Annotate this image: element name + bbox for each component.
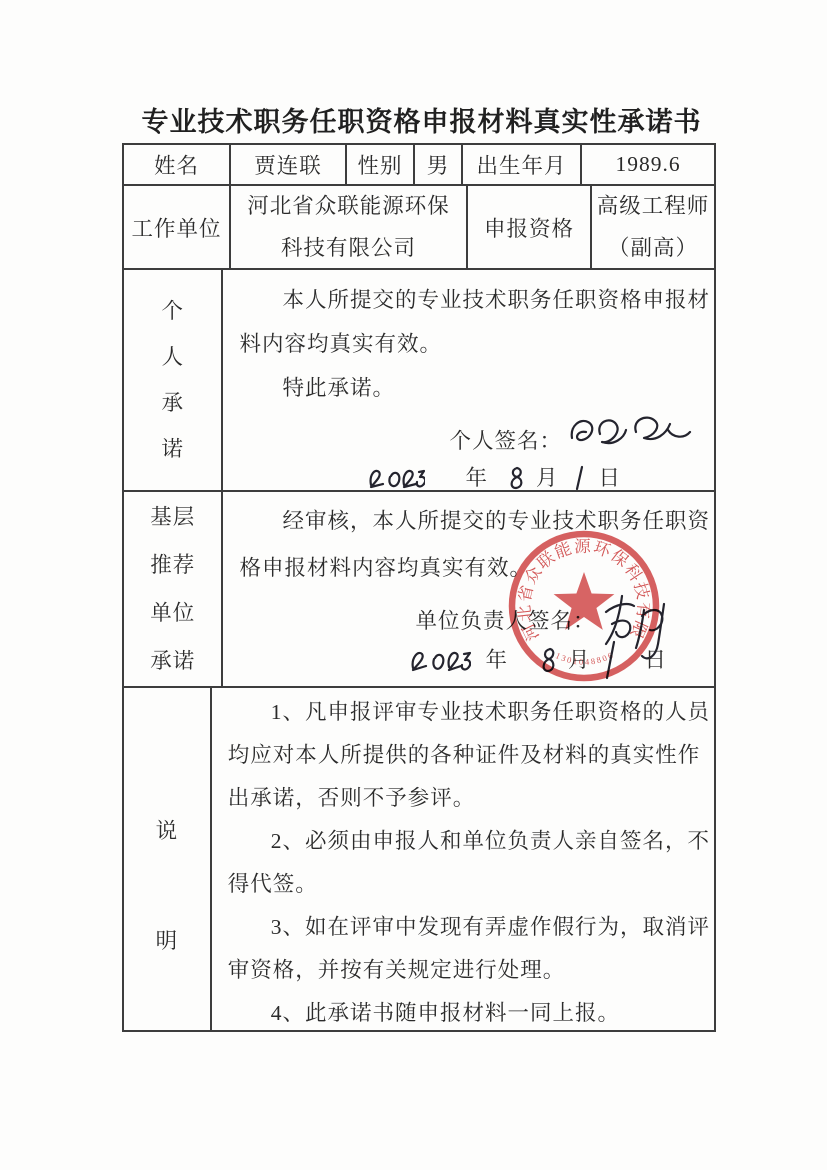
personal-date-day-handwriting [573, 463, 585, 493]
notes-section-label: 说明 [124, 688, 212, 1030]
personal-date-month-handwriting [508, 463, 524, 493]
personal-date-year-handwriting [367, 463, 425, 493]
text-line: 料内容均真实有效。 [239, 322, 710, 366]
notes-body: 1、凡申报评审专业技术职务任职资格的人员均应对本人所提供的各种证件及材料的真实性… [212, 688, 714, 1030]
text-line: 格申报材料内容均真实有效。 [239, 545, 710, 592]
text-line: 4、此承诺书随申报材料一同上报。 [228, 992, 710, 1035]
personal-commitment-section-label: 个人承诺 [124, 270, 223, 490]
text-line: 河北省众联能源环保 [247, 185, 450, 227]
section-label-char: 单位 [150, 602, 195, 624]
unit-date-month-handwriting [540, 643, 556, 677]
gender-value: 男 [415, 145, 463, 184]
unit-date-year-handwriting [409, 644, 471, 676]
section-label-char: 承 [161, 392, 184, 414]
text-line: 3、如在评审中发现有弄虚作假行为，取消评 [228, 906, 710, 949]
row-unit-commitment: 基层推荐单位承诺 经审核，本人所提交的专业技术职务任职资格申报材料内容均真实有效… [124, 492, 714, 688]
personal-signature-handwriting [566, 408, 694, 458]
personal-commitment-body: 本人所提交的专业技术职务任职资格申报材料内容均真实有效。特此承诺。 个人签名： … [223, 270, 714, 490]
text-line: 得代签。 [228, 863, 710, 906]
unit-commitment-body: 经审核，本人所提交的专业技术职务任职资格申报材料内容均真实有效。 单位负责人签名… [223, 492, 714, 686]
section-label-char: 人 [161, 346, 184, 368]
month-suffix: 月 [536, 463, 559, 493]
row-personal-commitment: 个人承诺 本人所提交的专业技术职务任职资格申报材料内容均真实有效。特此承诺。 个… [124, 270, 714, 492]
day-suffix: 日 [599, 463, 622, 493]
row-employer-qualification: 工作单位 河北省众联能源环保科技有限公司 申报资格 高级工程师（副高） [124, 186, 714, 270]
text-line: 审资格，并按有关规定进行处理。 [228, 949, 710, 992]
qualification-value: 高级工程师（副高） [592, 186, 714, 268]
section-label-char: 诺 [161, 438, 184, 460]
section-label-char: 承诺 [150, 650, 195, 672]
unit-date-day-handwriting [603, 638, 617, 682]
month-suffix: 月 [568, 645, 591, 675]
text-line: 出承诺，否则不予参评。 [228, 777, 710, 820]
text-line: 均应对本人所提供的各种证件及材料的真实性作 [228, 734, 710, 777]
scanned-document-page: 专业技术职务任职资格申报材料真实性承诺书 姓名 贾连联 性别 男 出生年月 19… [0, 0, 827, 1170]
section-label-char: 明 [124, 930, 210, 952]
text-line: （副高） [608, 227, 698, 269]
birth-date-value: 1989.6 [582, 145, 714, 184]
text-line: 2、必须由申报人和单位负责人亲自签名，不 [228, 820, 710, 863]
section-label-char: 基层 [150, 506, 195, 528]
gender-label: 性别 [347, 145, 415, 184]
text-line: 经审核，本人所提交的专业技术职务任职资 [239, 498, 710, 545]
section-label-char: 推荐 [150, 554, 195, 576]
text-line: 科技有限公司 [281, 227, 416, 269]
name-label: 姓名 [124, 145, 231, 184]
row-notes: 说明 1、凡申报评审专业技术职务任职资格的人员均应对本人所提供的各种证件及材料的… [124, 688, 714, 1030]
section-label-char: 个 [161, 300, 184, 322]
birth-date-label: 出生年月 [463, 145, 582, 184]
unit-signature-label: 单位负责人签名： [415, 606, 595, 636]
name-value: 贾连联 [231, 145, 347, 184]
notes-text: 1、凡申报评审专业技术职务任职资格的人员均应对本人所提供的各种证件及材料的真实性… [228, 691, 710, 1035]
unit-signature-line: 单位负责人签名： [239, 592, 710, 636]
section-label-char: 说 [124, 820, 210, 842]
text-line: 高级工程师 [597, 185, 710, 227]
row-basic-info: 姓名 贾连联 性别 男 出生年月 1989.6 [124, 145, 714, 186]
personal-commitment-text: 本人所提交的专业技术职务任职资格申报材料内容均真实有效。特此承诺。 [239, 278, 710, 410]
day-suffix: 日 [645, 645, 668, 675]
employer-value: 河北省众联能源环保科技有限公司 [231, 186, 468, 268]
document-title: 专业技术职务任职资格申报材料真实性承诺书 [0, 100, 827, 139]
employer-label: 工作单位 [124, 186, 231, 268]
text-line: 1、凡申报评审专业技术职务任职资格的人员 [228, 691, 710, 734]
commitment-form-table: 姓名 贾连联 性别 男 出生年月 1989.6 工作单位 河北省众联能源环保科技… [122, 143, 716, 1032]
year-suffix: 年 [485, 645, 508, 675]
personal-signature-line: 个人签名： [239, 410, 710, 456]
text-line: 特此承诺。 [239, 366, 710, 410]
year-suffix: 年 [465, 463, 488, 493]
qualification-label: 申报资格 [468, 186, 592, 268]
unit-commitment-text: 经审核，本人所提交的专业技术职务任职资格申报材料内容均真实有效。 [239, 498, 710, 592]
unit-commitment-section-label: 基层推荐单位承诺 [124, 492, 223, 686]
text-line: 本人所提交的专业技术职务任职资格申报材 [239, 278, 710, 322]
personal-signature-label: 个人签名： [449, 426, 562, 456]
